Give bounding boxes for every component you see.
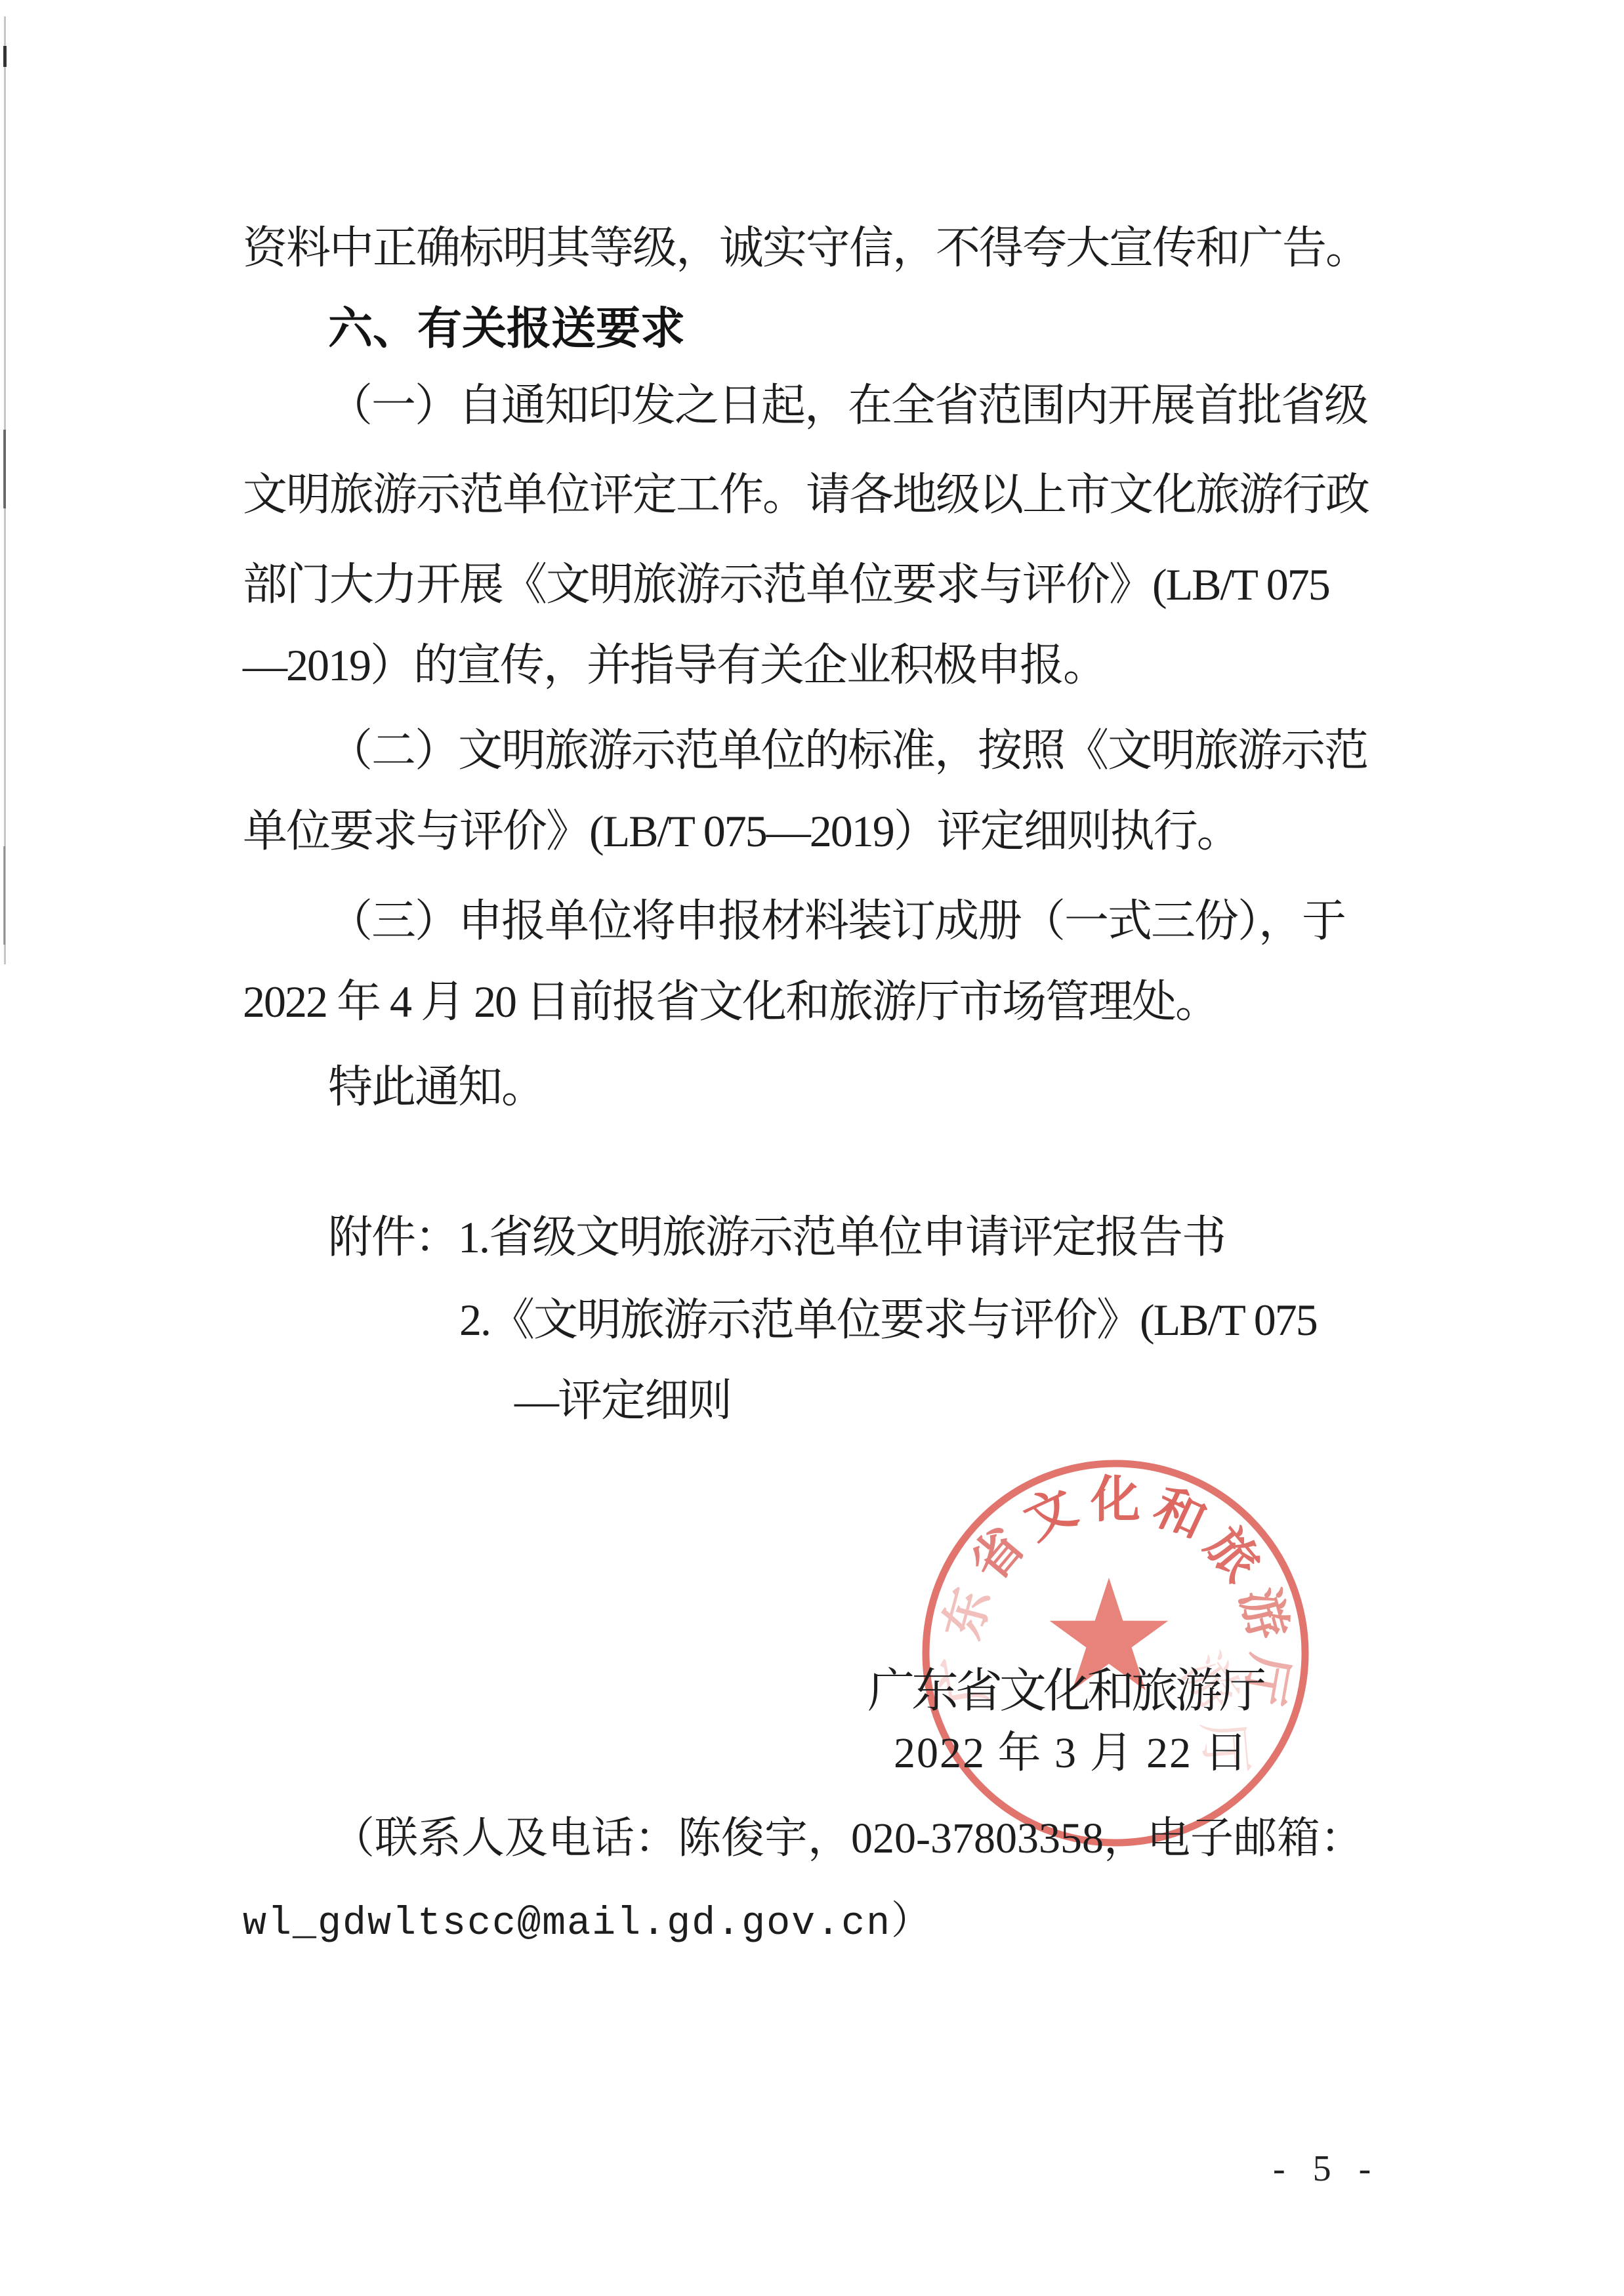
signing-agency: 广东省文化和旅游厅 bbox=[867, 1668, 1263, 1715]
body-text-line: 部门大力开展《文明旅游示范单位要求与评价》(LB/T 075 bbox=[243, 562, 1329, 607]
body-text-line: 文明旅游示范单位评定工作。请各地级以上市文化旅游行政 bbox=[243, 472, 1369, 517]
official-seal-stamp: 广 东 省 文 化 和 旅 游 厅 游 厅 bbox=[919, 1456, 1312, 1850]
page-number: - 5 - bbox=[1273, 2150, 1380, 2187]
attachment-list-line: 附件：1.省级文明旅游示范单位申请评定报告书 bbox=[328, 1215, 1225, 1260]
body-text-line: 单位要求与评价》(LB/T 075—2019）评定细则执行。 bbox=[243, 809, 1240, 853]
scan-artifact-line bbox=[3, 46, 7, 67]
body-text-line: （一）自通知印发之日起，在全省范围内开展首批省级 bbox=[328, 383, 1367, 428]
signing-date: 2022 年 3 月 22 日 bbox=[894, 1732, 1249, 1775]
body-text-line: 特此通知。 bbox=[328, 1065, 545, 1109]
seal-arc-char: 化 bbox=[1086, 1471, 1145, 1530]
contact-info-line: （联系人及电话：陈俊宇，020-37803358，电子邮箱： bbox=[331, 1817, 1364, 1860]
attachment-list-line: —评定细则 bbox=[514, 1378, 731, 1423]
attachment-list-line: 2.《文明旅游示范单位要求与评价》(LB/T 075 bbox=[459, 1298, 1317, 1342]
body-text-line: 2022 年 4 月 20 日前报省文化和旅游厅市场管理处。 bbox=[243, 979, 1218, 1024]
document-page: 资料中正确标明其等级，诚实守信，不得夸大宣传和广告。 六、有关报送要求 （一）自… bbox=[0, 0, 1624, 2296]
body-text-line: 资料中正确标明其等级，诚实守信，不得夸大宣传和广告。 bbox=[243, 226, 1369, 270]
scan-artifact-line bbox=[3, 846, 5, 945]
body-text-line: （二）文明旅游示范单位的标准，按照《文明旅游示范 bbox=[328, 728, 1367, 773]
scan-artifact-line bbox=[3, 430, 6, 508]
section-heading: 六、有关报送要求 bbox=[328, 306, 685, 351]
body-text-line: （三）申报单位将申报材料装订成册（一式三份），于 bbox=[328, 899, 1345, 943]
body-text-line: —2019）的宣传，并指导有关企业积极申报。 bbox=[243, 643, 1106, 687]
contact-email-line: wl_gdwltscc@mail.gd.gov.cn） bbox=[243, 1902, 932, 1946]
